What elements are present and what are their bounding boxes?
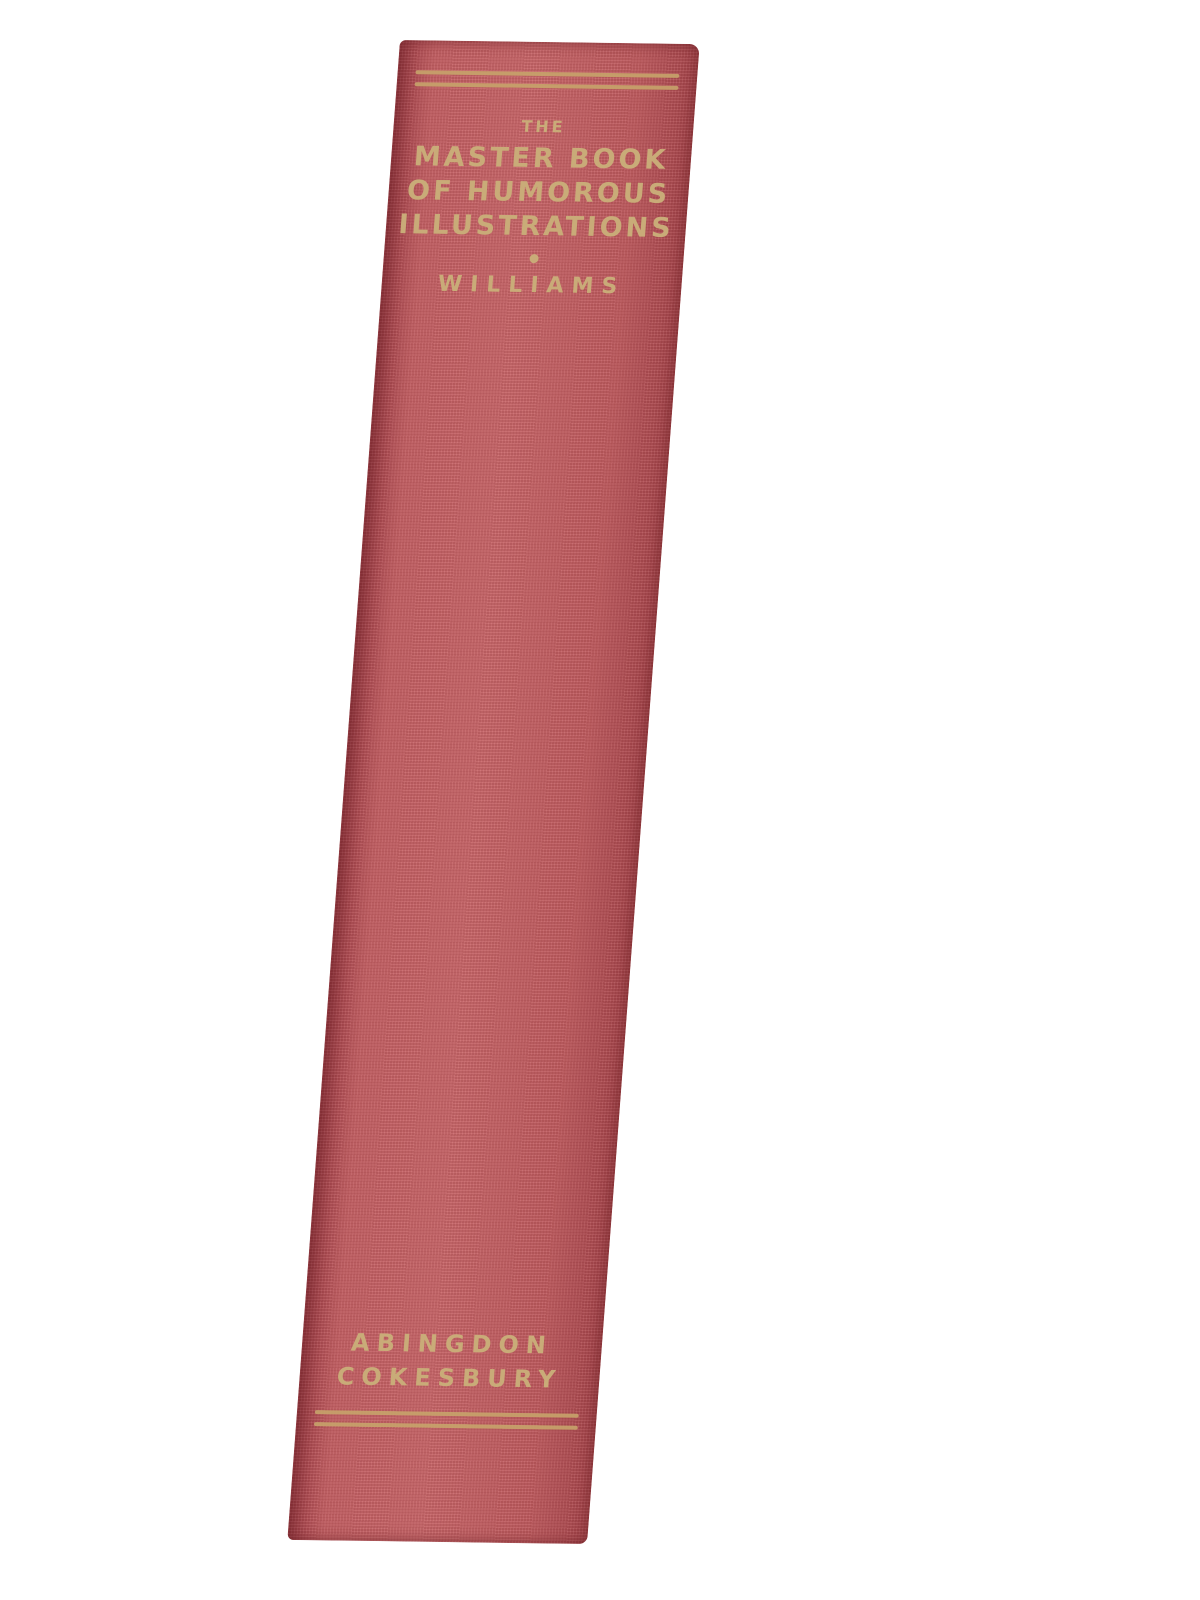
author-name: WILLIAMS xyxy=(391,271,673,300)
top-gilt-rules xyxy=(415,70,680,90)
title-line-3: ILLUSTRATIONS xyxy=(395,208,677,246)
spine-title: THE MASTER BOOK OF HUMOROUS ILLUSTRATION… xyxy=(391,115,684,300)
gilt-rule xyxy=(415,82,679,90)
publisher-imprint: ABINGDON COKESBURY xyxy=(308,1325,593,1397)
book-spine: THE MASTER BOOK OF HUMOROUS ILLUSTRATION… xyxy=(287,40,699,1544)
title-article: THE xyxy=(403,115,684,138)
title-line-2: OF HUMOROUS xyxy=(397,174,679,212)
publisher-line-2: COKESBURY xyxy=(308,1359,590,1397)
title-line-1: MASTER BOOK xyxy=(400,140,682,178)
separator-dot-icon xyxy=(529,254,539,263)
publisher-line-1: ABINGDON xyxy=(311,1325,593,1363)
gilt-rule xyxy=(314,1422,578,1430)
bottom-gilt-rules xyxy=(314,1410,579,1430)
gilt-rule xyxy=(315,1410,579,1418)
gilt-rule xyxy=(415,70,679,78)
